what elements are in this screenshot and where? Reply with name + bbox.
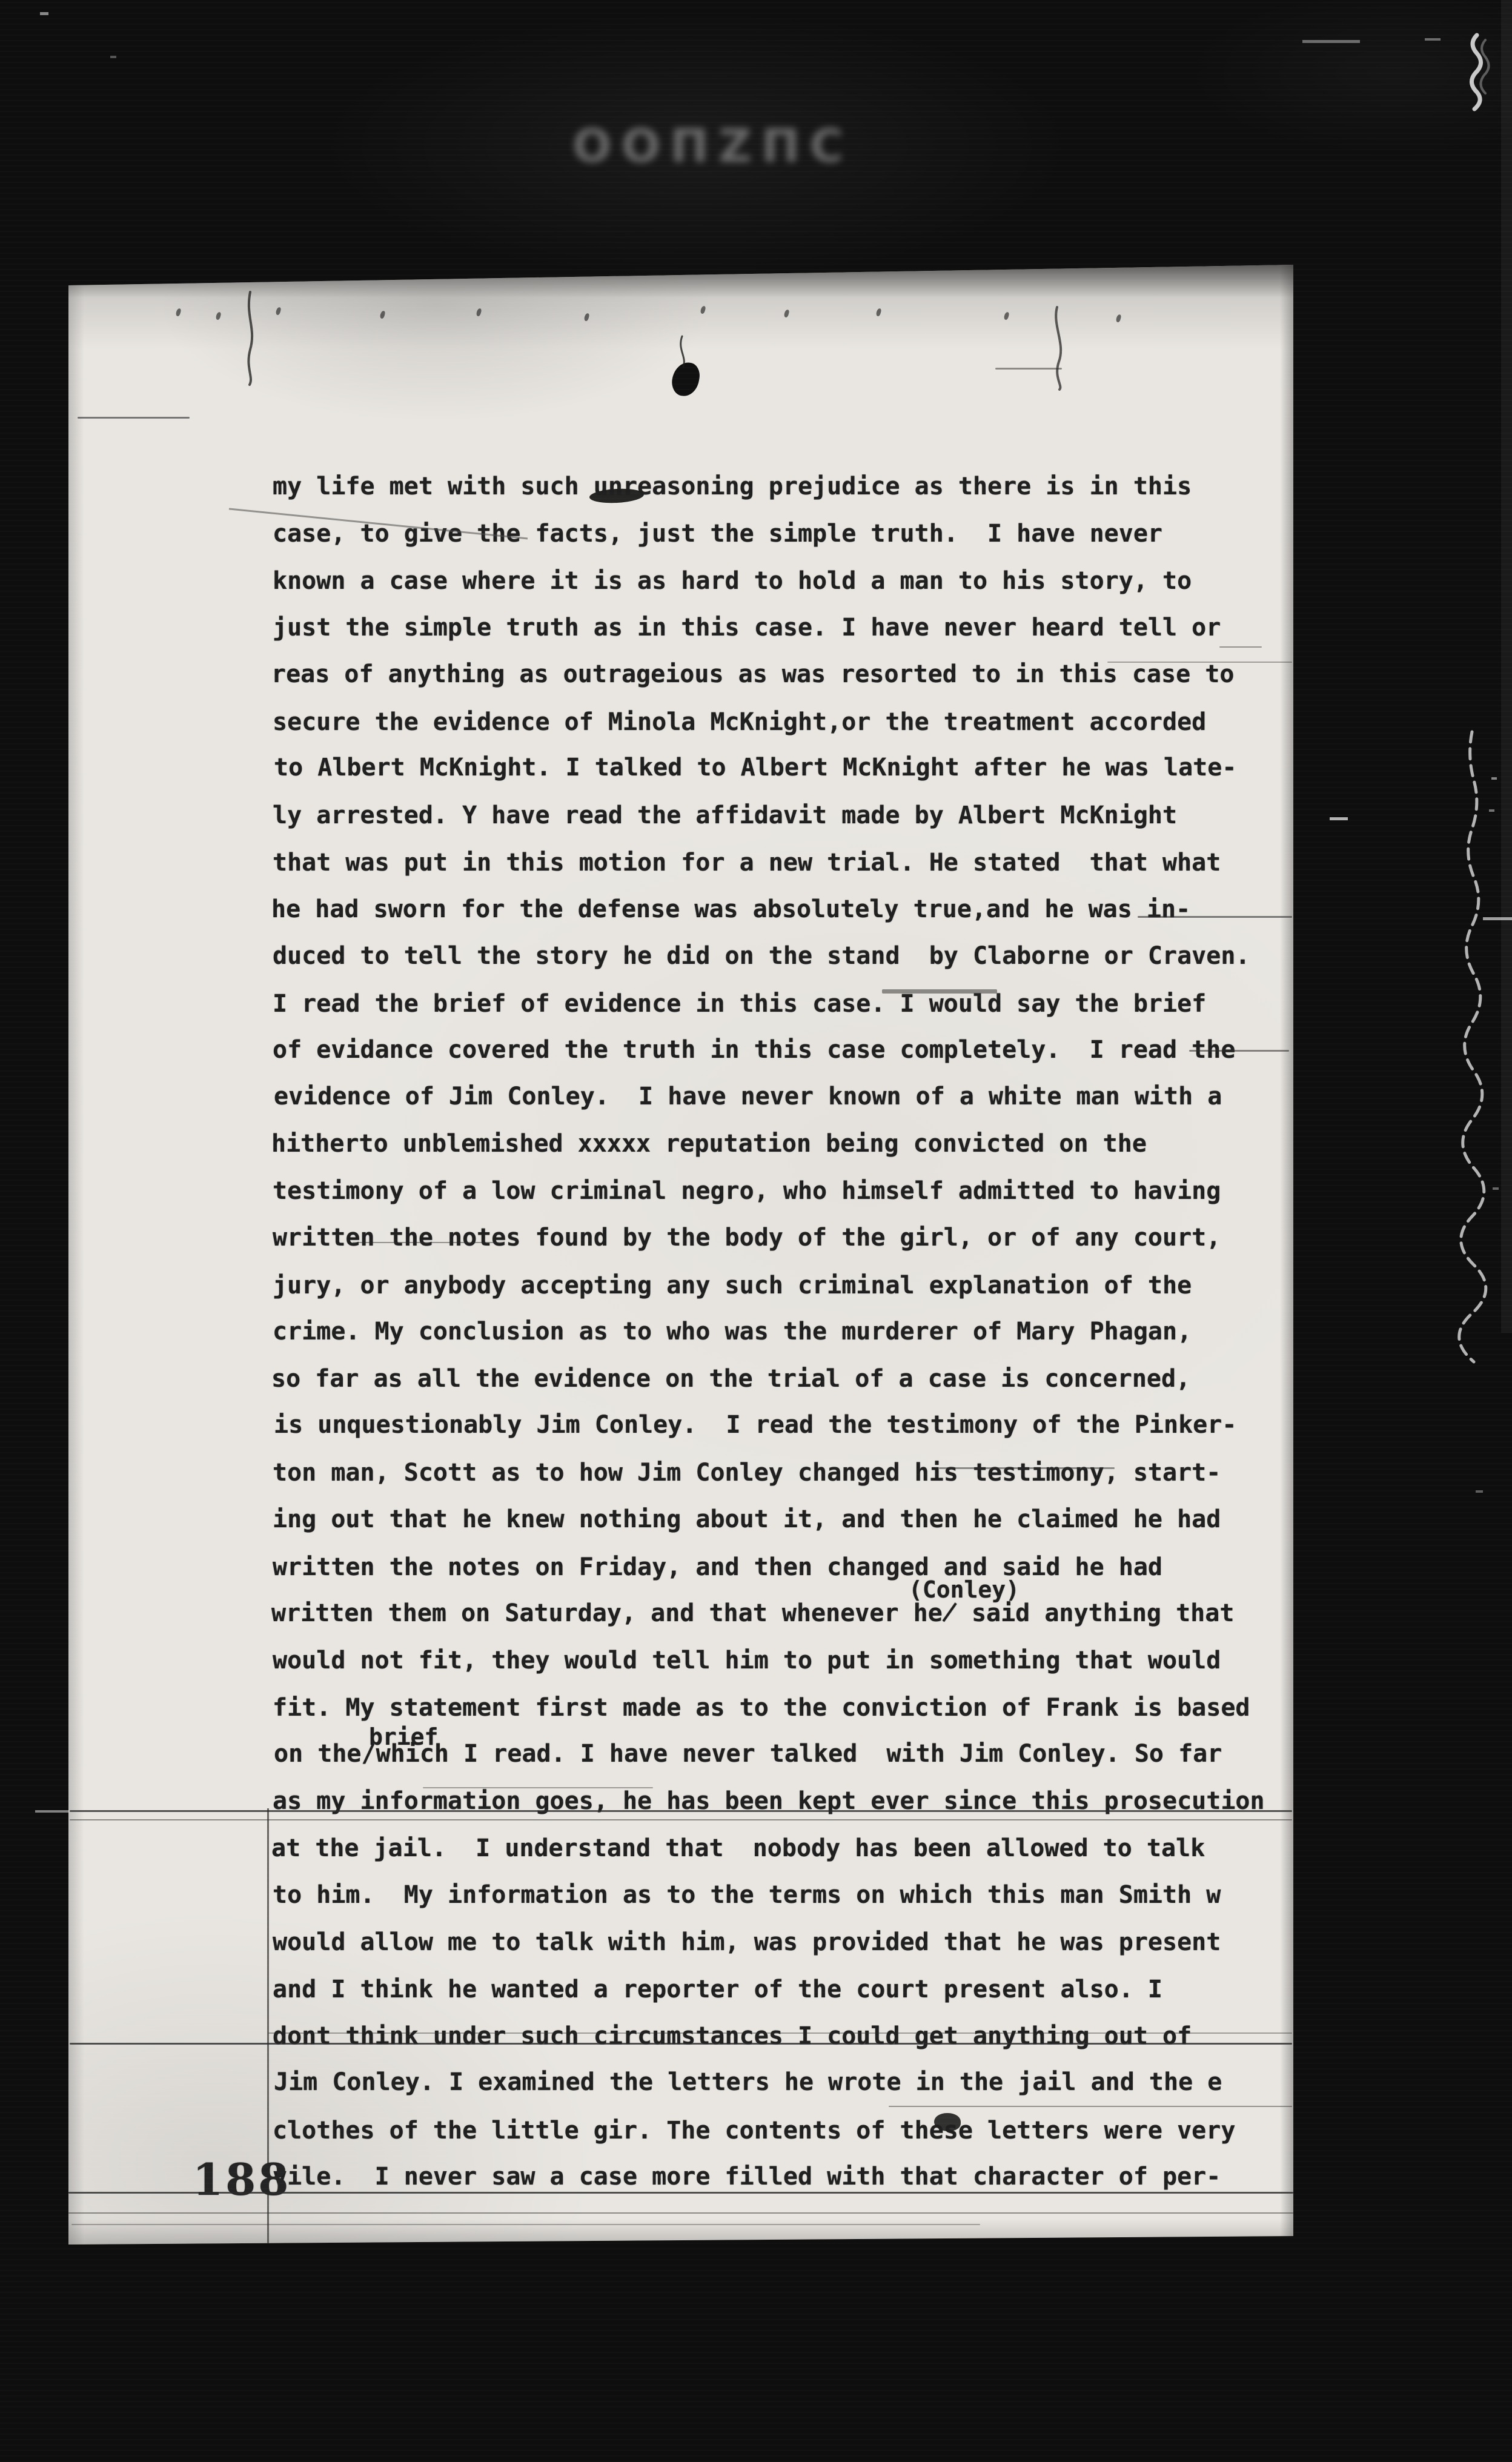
scratch-squiggle-top-right bbox=[1471, 35, 1480, 109]
scratch-dash bbox=[35, 1810, 69, 1813]
scratch-dash bbox=[1330, 817, 1348, 820]
scratch-dot bbox=[1489, 809, 1494, 812]
scratch-dot bbox=[1491, 777, 1497, 780]
scratch-dot bbox=[1493, 1187, 1499, 1190]
scanned-document-screen: ООПZПС my life met with such unre bbox=[0, 0, 1512, 2462]
film-scratch-marks bbox=[0, 0, 1512, 2462]
scratch-dot bbox=[110, 56, 116, 58]
scratch-dash bbox=[1483, 917, 1512, 920]
scratch-dash bbox=[1425, 38, 1441, 41]
scratch-squiggle-right-side bbox=[1459, 732, 1486, 1362]
scratch-dot bbox=[1476, 1490, 1483, 1493]
scratch-dot bbox=[40, 12, 48, 15]
scratch-dash bbox=[1302, 40, 1360, 43]
